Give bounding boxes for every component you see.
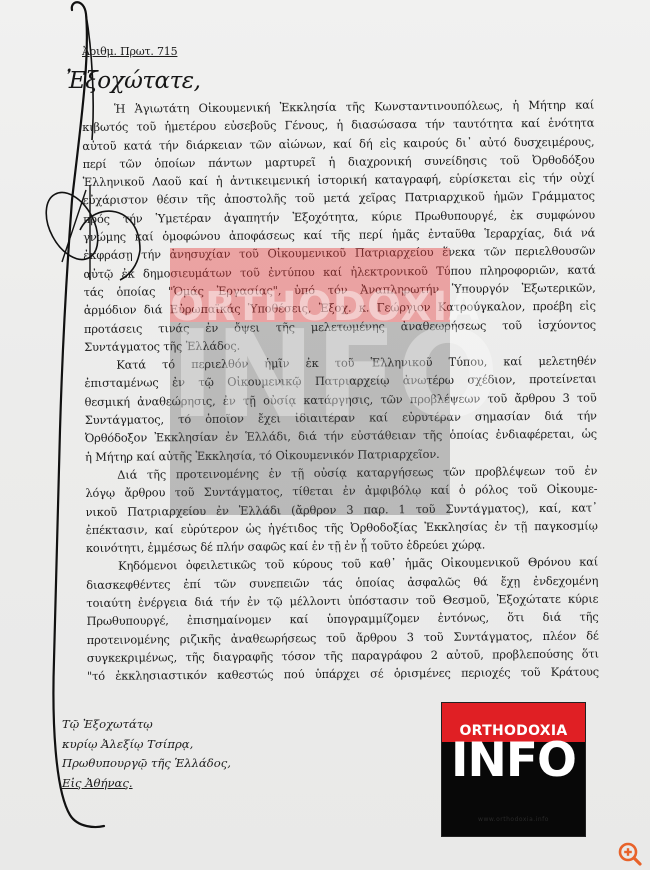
- orthodoxia-info-logo: ORTHODOXIA INFO www.orthodoxia.info: [441, 702, 586, 837]
- letter-body: Ἡ Ἁγιωτάτη Οἰκουμενική Ἐκκλησία τῆς Κωνσ…: [82, 96, 599, 686]
- recipient-address: Τῷ Ἐξοχωτάτῳ κυρίῳ Ἀλεξίῳ Τσίπρᾳ, Πρωθυπ…: [62, 715, 231, 793]
- logo-subtitle: INFO: [442, 737, 585, 784]
- text-line: "τό ἐκκλησιαστικόν καθεστώς πού ὑπάρχει …: [87, 663, 599, 686]
- salutation: Ἐξοχώτατε,: [66, 68, 200, 94]
- protocol-number: Ἀριθμ. Πρωτ. 715: [82, 45, 177, 58]
- address-line: Πρωθυπουργῷ τῆς Ἑλλάδος,: [62, 754, 231, 774]
- document-page: Ἀριθμ. Πρωτ. 715 Ἐξοχώτατε, Ἡ Ἁγιωτάτη Ο…: [0, 0, 650, 870]
- address-line: κυρίῳ Ἀλεξίῳ Τσίπρᾳ,: [62, 735, 231, 755]
- address-line: Τῷ Ἐξοχωτάτῳ: [62, 715, 231, 735]
- zoom-in-icon: [617, 841, 643, 867]
- address-destination: Εἰς Ἀθήνας.: [62, 774, 231, 794]
- zoom-in-button[interactable]: [617, 841, 643, 867]
- logo-url: www.orthodoxia.info: [442, 816, 585, 823]
